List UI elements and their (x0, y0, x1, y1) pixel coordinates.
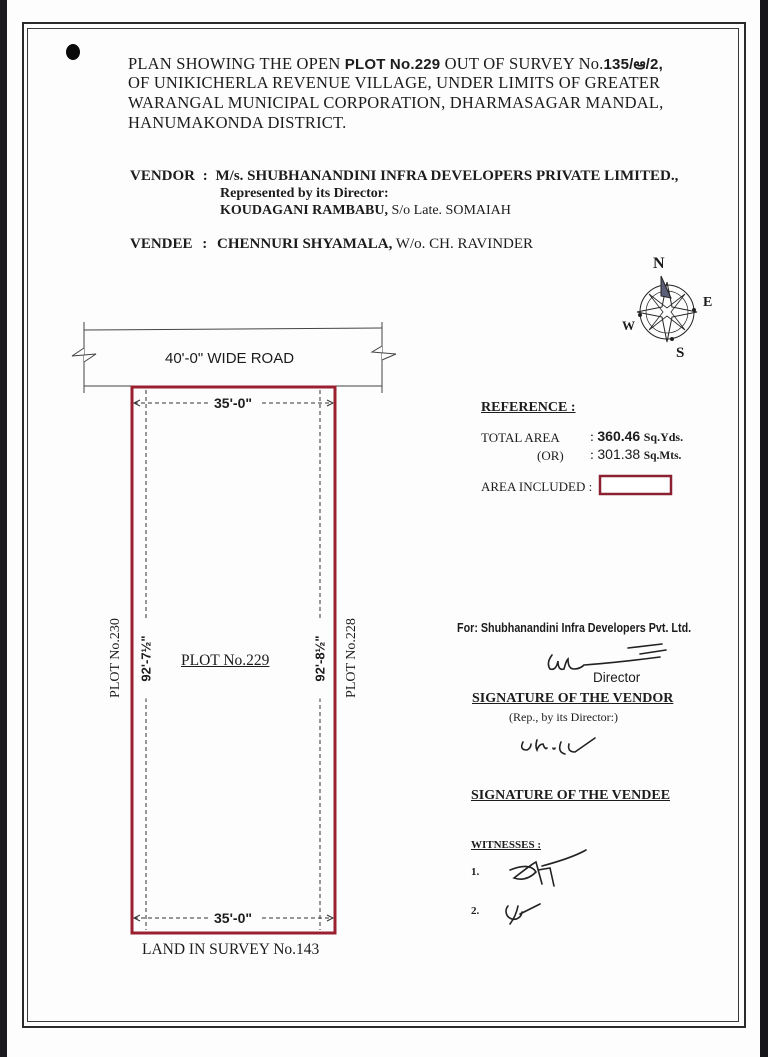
vendee-signature (522, 738, 595, 754)
director-label: Director (593, 670, 640, 685)
witnesses-label: WITNESSES : (471, 839, 541, 851)
witness-2-signature (506, 904, 540, 924)
signature-marks (0, 0, 768, 1057)
director-signature (548, 655, 660, 669)
vendor-signature-label: SIGNATURE OF THE VENDOR (472, 691, 673, 707)
witness-1-number: 1. (471, 866, 479, 878)
vendor-signature-sub: (Rep., by its Director:) (509, 710, 618, 725)
vendee-signature-label: SIGNATURE OF THE VENDEE (471, 788, 670, 804)
witness-2-number: 2. (471, 905, 479, 917)
witness-1-signature (510, 850, 586, 886)
